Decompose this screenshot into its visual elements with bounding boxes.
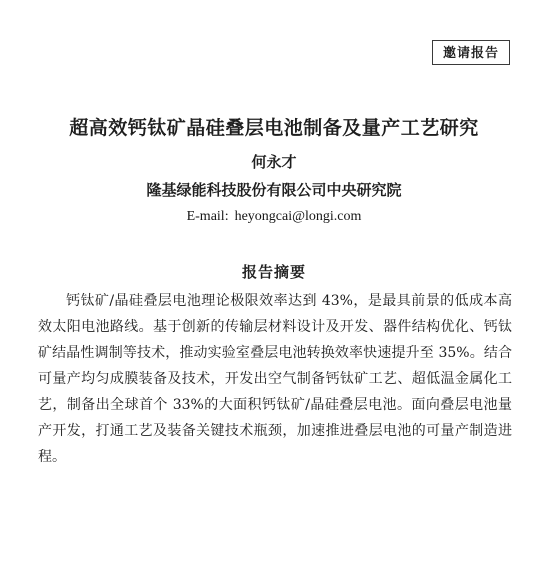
document-page: 邀请报告 超高效钙钛矿晶硅叠层电池制备及量产工艺研究 何永才 隆基绿能科技股份有… (0, 0, 548, 570)
abstract-heading: 报告摘要 (0, 261, 548, 282)
abstract-text: 钙钛矿/晶硅叠层电池理论极限效率达到 43%，是最具前景的低成本高效太阳电池路线… (38, 288, 512, 470)
author-name: 何永才 (0, 151, 548, 172)
email-line: E-mail:heyongcai@longi.com (0, 209, 548, 225)
invited-report-badge: 邀请报告 (432, 40, 510, 65)
email-label: E-mail: (187, 209, 229, 224)
paper-title: 超高效钙钛矿晶硅叠层电池制备及量产工艺研究 (0, 113, 548, 140)
author-affiliation: 隆基绿能科技股份有限公司中央研究院 (0, 179, 548, 200)
email-address: heyongcai@longi.com (235, 209, 362, 224)
